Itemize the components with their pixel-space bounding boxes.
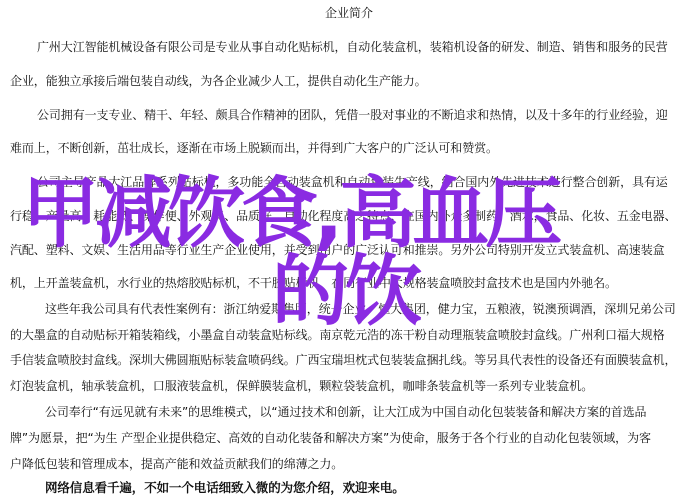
paragraph-cases-line-4: 灯泡装盒机，轴承装盒机，口服液装盒机，保鲜膜装盒机，颗粒袋装盒机，咖啡条装盒机等… bbox=[10, 378, 694, 394]
paragraph-products-line-1: 公司主导产品大江品牌系列贴标机，多功能全自动装盒机和自动包装生产线，结合国内外先… bbox=[37, 174, 698, 190]
paragraph-products-line-4: 机，上开盖装盒机，水行业的热熔胶贴标机，不干胶贴标机，在同行业中大规格装盒喷胶封… bbox=[10, 275, 694, 291]
paragraph-team-line-2: 难而上，不断创新，茁壮成长，逐渐在市场上脱颖而出，并得到广大客户的广泛认可和赞赏… bbox=[10, 140, 694, 156]
paragraph-intro-line-1: 广州大江智能机械设备有限公司是专业从事自动化贴标机，自动化装盒机，装箱机设备的研… bbox=[37, 39, 698, 55]
paragraph-products-line-3: 汽配、塑料、文娱、生活用品等行业生产企业使用，并受到用户的广泛认可和推崇。另外公… bbox=[10, 242, 694, 258]
contact-callout: 网络信息看千遍，不如一个电话细致入微的为您介绍，欢迎来电。 bbox=[45, 480, 698, 496]
paragraph-cases-line-3: 手信装盒喷胶封盒线。深圳大佛圆瓶贴标装盒喷码线。广西宝瑞坦枕式包装装盒捆扎线。等… bbox=[10, 352, 694, 368]
page-title: 企业简介 bbox=[0, 5, 698, 21]
paragraph-products-line-2: 行稳、产量高、耗能低、操作便、外观美、品质好、自动化程度高之特点，在国内外众多制… bbox=[10, 208, 694, 224]
document-page: 企业简介 广州大江智能机械设备有限公司是专业从事自动化贴标机，自动化装盒机，装箱… bbox=[0, 0, 698, 499]
paragraph-vision-line-1: 公司奉行“有远见就有未来”的思维模式，以“通过技术和创新，让大江成为中国自动化包… bbox=[45, 404, 698, 420]
paragraph-cases-line-2: 的大墨盒的自动贴标开箱装箱线，小墨盒自动装盒贴标线。南京乾元浩的冻干粉自动理瓶装… bbox=[10, 327, 694, 343]
paragraph-vision-line-2: 牌”为愿景，把“为生 产型企业提供稳定、高效的自动化装备和解决方案”为使命，服务… bbox=[10, 430, 694, 446]
overlay-headline-line-2: 的饮 bbox=[272, 254, 418, 331]
paragraph-cases-line-1: 这些年我公司具有代表性案例有：浙江纳爱斯集团，统一企业，恒大集团，健力宝，五粮液… bbox=[45, 301, 698, 317]
paragraph-vision-line-3: 户降低包装和管理成本，提高产能和效益贡献我们的绵薄之力。 bbox=[10, 456, 694, 472]
paragraph-intro-line-2: 企业，能独立承接后端包装自动线，为各企业减少人工，提供自动化生产能力。 bbox=[10, 73, 694, 89]
paragraph-team-line-1: 公司拥有一支专业、精干、年轻、颇具合作精神的团队，凭借一股对事业的不断追求和热情… bbox=[37, 107, 698, 123]
